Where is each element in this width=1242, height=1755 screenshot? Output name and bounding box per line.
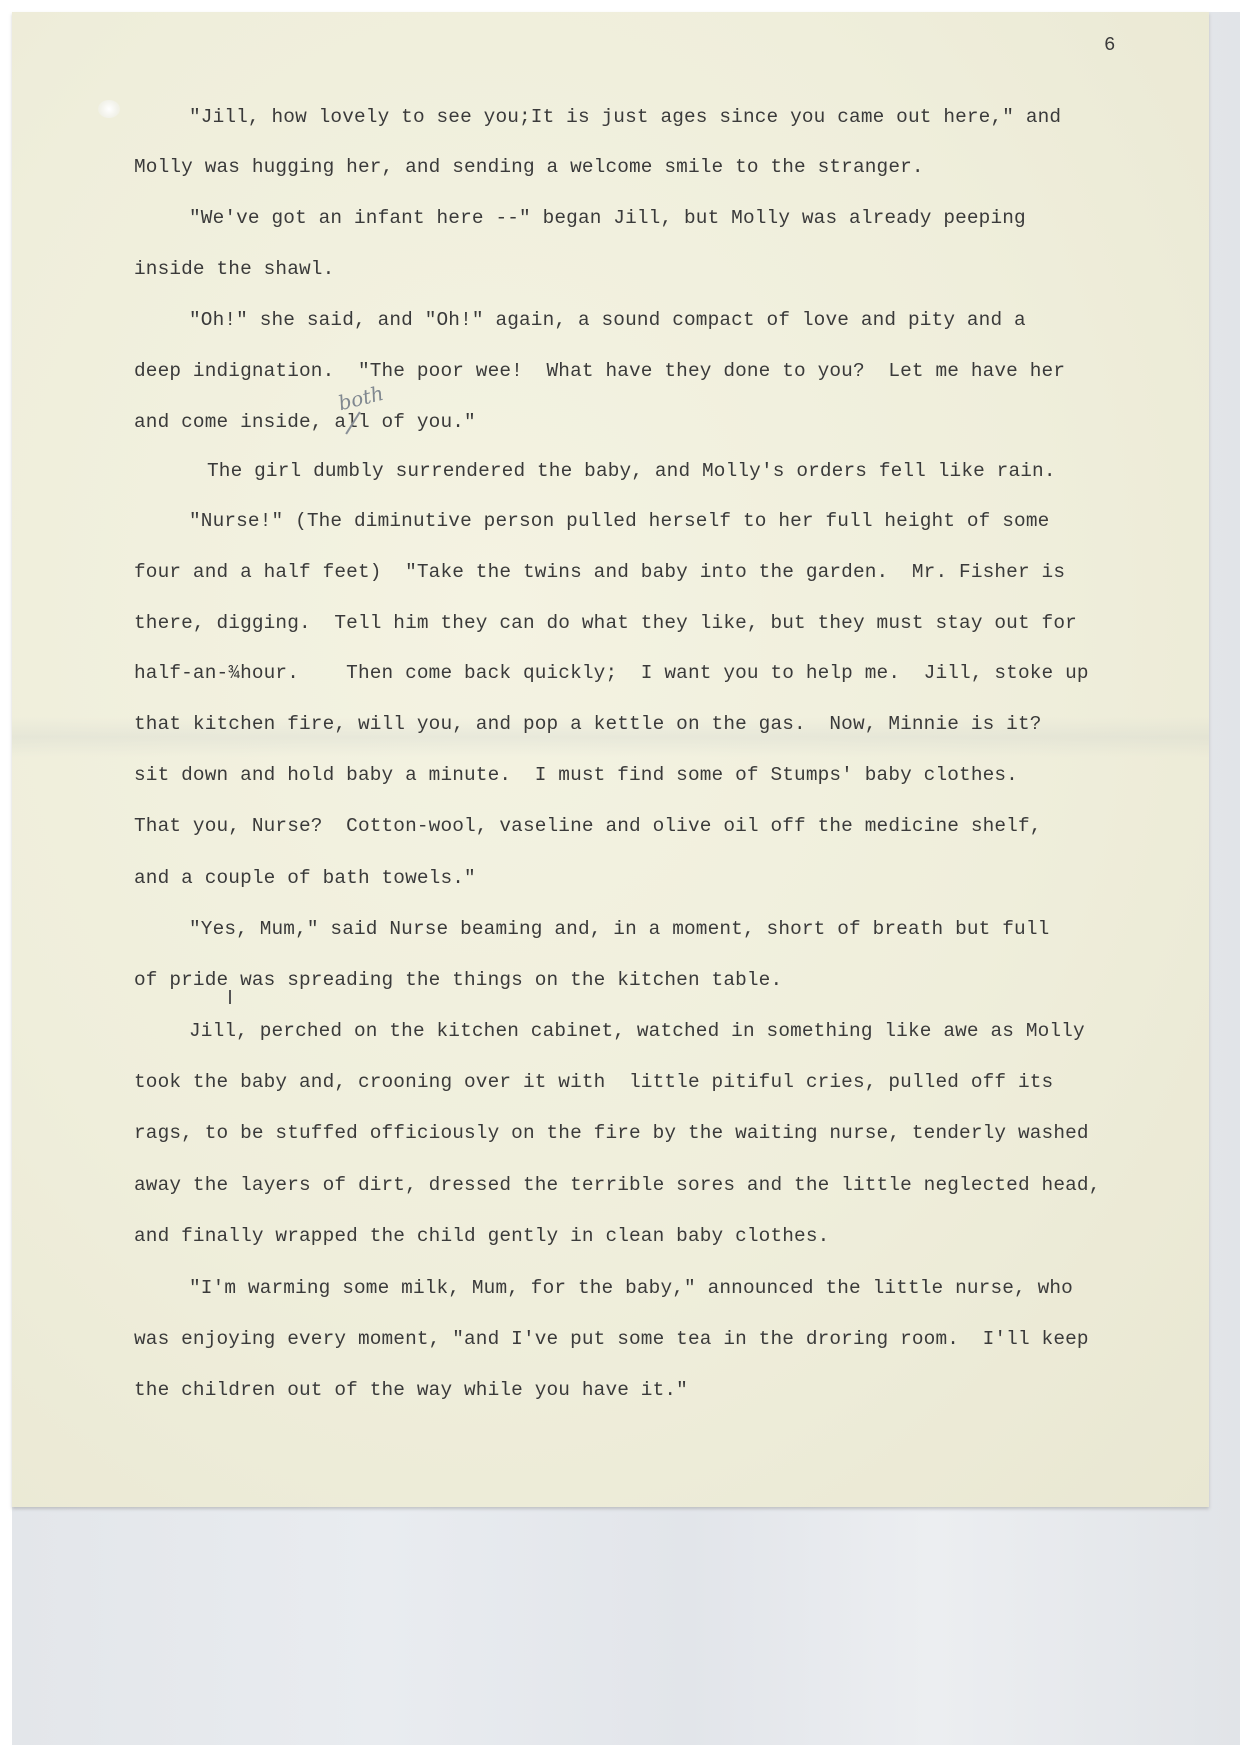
text-line: was enjoying every moment, "and I've put… [134,1330,1089,1349]
text-line: "Oh!" she said, and "Oh!" again, a sound… [189,311,1026,330]
text-line: and a couple of bath towels." [134,869,476,888]
text-line: Molly was hugging her, and sending a wel… [134,158,924,177]
text-line: "Yes, Mum," said Nurse beaming and, in a… [189,920,1049,939]
text-line: "Nurse!" (The diminutive person pulled h… [189,512,1049,531]
insertion-mark [229,990,231,1004]
text-line: away the layers of dirt, dressed the ter… [134,1176,1100,1195]
text-line: half-an-¾hour. Then come back quickly; I… [134,664,1089,683]
text-line: inside the shawl. [134,260,334,279]
page-number: 6 [1104,34,1115,56]
text-line: the children out of the way while you ha… [134,1381,688,1400]
text-line: Jill, perched on the kitchen cabinet, wa… [189,1022,1085,1041]
text-line: rags, to be stuffed officiously on the f… [134,1124,1089,1143]
text-line: of pride was spreading the things on the… [134,971,782,990]
text-line: "We've got an infant here --" began Jill… [189,209,1026,228]
text-line: and come inside, all of you." [134,413,476,432]
text-line: "I'm warming some milk, Mum, for the bab… [189,1279,1073,1298]
text-line: and finally wrapped the child gently in … [134,1227,829,1246]
punch-hole [98,100,120,118]
text-line: sit down and hold baby a minute. I must … [134,766,1018,785]
text-line: that kitchen fire, will you, and pop a k… [134,715,1042,734]
text-line: That you, Nurse? Cotton-wool, vaseline a… [134,817,1042,836]
text-line: The girl dumbly surrendered the baby, an… [207,462,1056,481]
text-line: four and a half feet) "Take the twins an… [134,563,1065,582]
text-line: there, digging. Tell him they can do wha… [134,614,1077,633]
text-line: took the baby and, crooning over it with… [134,1073,1053,1092]
text-line: "Jill, how lovely to see you;It is just … [189,108,1061,127]
text-line: deep indignation. "The poor wee! What ha… [134,362,1065,381]
